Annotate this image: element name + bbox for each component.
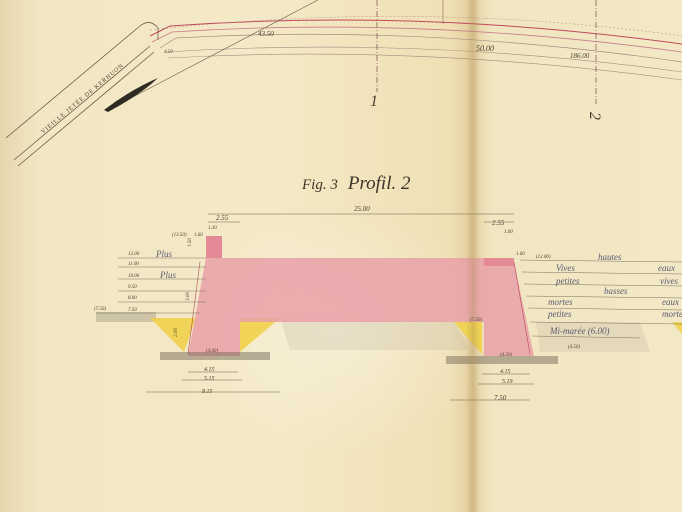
left-top-elev: (13.50) bbox=[172, 233, 187, 238]
drawing-linework bbox=[0, 0, 682, 512]
right-bottom-dim-1: 4.15 bbox=[500, 369, 511, 375]
left-level-9-50: 9.50 bbox=[128, 285, 137, 290]
dim-4-50: 4.50 bbox=[164, 50, 173, 55]
figure-title: Fig. 3Profil. 2 bbox=[302, 174, 410, 193]
left-vdim-3: 2.00 bbox=[174, 328, 179, 337]
right-label-mortes: mortes bbox=[548, 298, 573, 307]
right-label-mortes-2: mortes bbox=[662, 310, 682, 319]
right-ground-elev: (7.50) bbox=[470, 318, 482, 323]
left-level-11: 11.00 bbox=[128, 262, 139, 267]
left-bottom-dim-3: 8.15 bbox=[202, 389, 213, 395]
right-bottom-dim-2: 5.19 bbox=[502, 379, 513, 385]
left-level-8: 8.00 bbox=[128, 296, 137, 301]
crest-width-right: 2.55 bbox=[492, 220, 504, 227]
left-level-7-50: 7.50 bbox=[128, 308, 137, 313]
right-bottom-dim-3: 7.50 bbox=[494, 395, 506, 402]
right-label-hautes: hautes bbox=[598, 253, 622, 262]
right-label-vives: Vives bbox=[556, 264, 575, 273]
left-vdim-1: 1.50 bbox=[188, 238, 193, 247]
right-label-basses: basses bbox=[604, 287, 628, 296]
left-top-dim: 1.60 bbox=[194, 233, 203, 238]
page-fold bbox=[466, 0, 480, 512]
right-base-elev: (4.50) bbox=[500, 353, 512, 358]
right-low-elev: (4.50) bbox=[568, 345, 580, 350]
dim-186-00: 186.00 bbox=[570, 53, 589, 60]
left-label-plus-2: Plus bbox=[160, 271, 176, 280]
drawing-sheet: VIEILLE JETÉE DE KERHUON 43.50 4.50 50.0… bbox=[0, 0, 682, 512]
right-label-petites-1: petites bbox=[556, 277, 580, 286]
right-top-dim: 1.60 bbox=[516, 252, 525, 257]
parapet-right: 1.00 bbox=[504, 230, 513, 235]
left-level-12: 12.00 bbox=[128, 252, 139, 257]
profile-name: Profil. 2 bbox=[348, 173, 411, 194]
right-label-eaux-2: eaux bbox=[662, 298, 679, 307]
right-label-petites-2: petites bbox=[548, 310, 572, 319]
right-label-eaux-1: eaux bbox=[658, 264, 675, 273]
anchor-sketch bbox=[104, 78, 158, 112]
dim-50-00: 50.00 bbox=[476, 45, 494, 53]
parapet-left: 1.30 bbox=[208, 226, 217, 231]
crest-width-left: 2.55 bbox=[216, 215, 228, 222]
left-level-10: 10.00 bbox=[128, 274, 139, 279]
dim-43-50: 43.50 bbox=[258, 31, 274, 38]
mid-tide-label: Mi-marée (6.00) bbox=[550, 327, 609, 336]
section-marker-1: 1 bbox=[370, 94, 378, 110]
fig-number: Fig. 3 bbox=[302, 177, 338, 193]
left-bottom-dim-2: 5.15 bbox=[204, 376, 215, 382]
section-marker-2: 2 bbox=[586, 112, 602, 120]
left-base-elev: (4.40) bbox=[206, 349, 218, 354]
overall-width: 25.00 bbox=[354, 206, 370, 213]
ground-left-elev: (7.50) bbox=[94, 307, 106, 312]
right-label-vives-2: vives bbox=[660, 277, 678, 286]
right-top-elev: (12.00) bbox=[536, 255, 551, 260]
left-vdim-2: 3.00 bbox=[186, 292, 191, 301]
left-bottom-dim-1: 4.15 bbox=[204, 367, 215, 373]
left-label-plus-1: Plus bbox=[156, 250, 172, 259]
